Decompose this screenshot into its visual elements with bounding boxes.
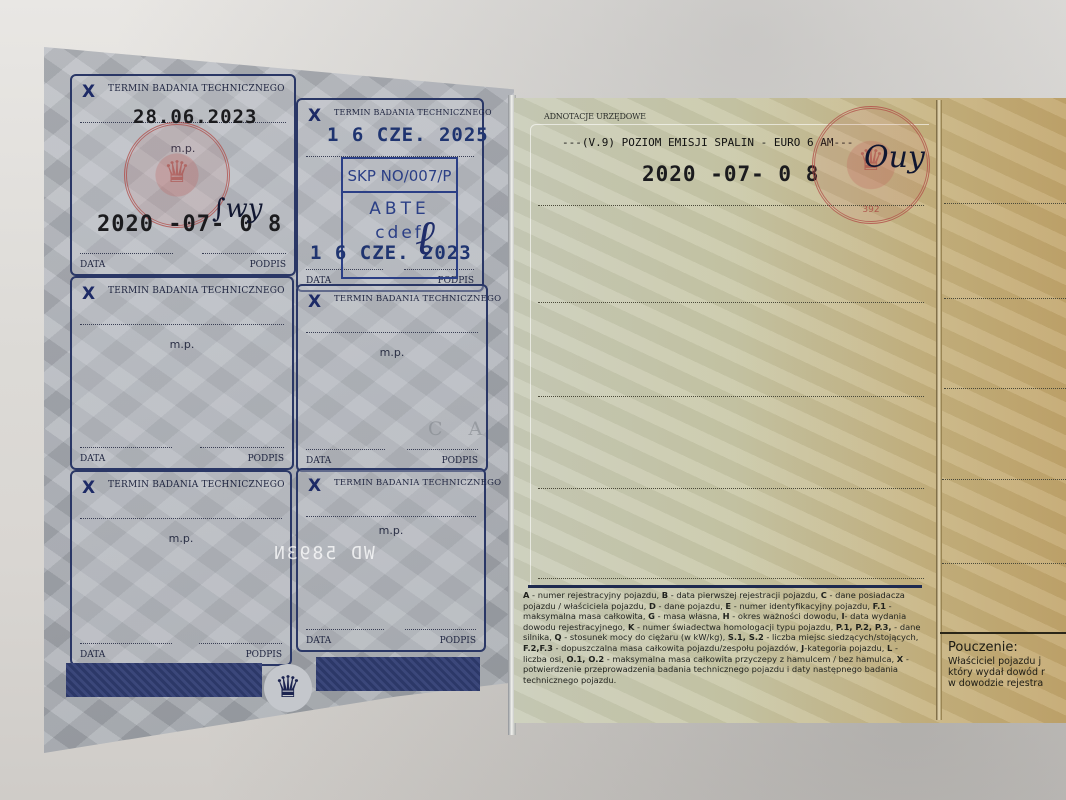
dotted-line (80, 518, 282, 519)
stamp-place-label: m.p. (72, 532, 290, 545)
seal-number: 392 (815, 205, 927, 215)
dotted-line (199, 643, 282, 644)
dotted-line (944, 298, 1066, 299)
signature-label: PODPIS (246, 650, 282, 660)
inspection-box-3: X TERMIN BADANIA TECHNICZNEGO m.p. DATA … (70, 276, 294, 470)
dotted-line (944, 388, 1066, 389)
stamp-place-label: m.p. (298, 346, 486, 359)
legend-key: S.1, S.2 (728, 632, 764, 642)
dotted-line (200, 447, 284, 448)
date-stamp: 2020 -07- 0 8 (642, 162, 819, 186)
legend-description: -kategoria pojazdu, (804, 643, 887, 653)
legend-description: - stosunek mocy do ciężaru (w kW/kg), (562, 632, 728, 642)
section-label: ADNOTACJE URZĘDOWE (544, 112, 646, 121)
legend-description: - dane pojazdu, (656, 601, 726, 611)
dotted-line (407, 449, 478, 450)
signature-label: PODPIS (442, 456, 478, 466)
signature: Ouy (864, 140, 925, 175)
legend-key: D (649, 601, 656, 611)
legend-key: F.2,F.3 (523, 643, 553, 653)
legend-key: Q (555, 632, 562, 642)
dotted-line (942, 479, 1066, 480)
emission-note: ---(V.9) POZIOM EMISJI SPALIN - EURO 6 A… (562, 136, 853, 149)
stamp-place-label: m.p. (72, 338, 292, 351)
x-marker-icon: X (308, 476, 321, 496)
dotted-line (306, 449, 385, 450)
field-legend: A - numer rejestracyjny pojazdu, B - dat… (523, 590, 923, 685)
dotted-line (306, 332, 478, 333)
dotted-line (538, 302, 924, 303)
date-label: DATA (80, 260, 105, 270)
signature: ℓ (415, 210, 435, 266)
legend-description: - masa własna, (655, 611, 723, 621)
legend-key: G (648, 611, 655, 621)
date-label: DATA (306, 636, 331, 646)
dotted-line (944, 203, 1066, 204)
dotted-line (538, 578, 924, 579)
signature: ∫wy (212, 194, 263, 224)
divider (528, 585, 922, 588)
divider (940, 632, 1066, 634)
legend-key: H (723, 611, 730, 621)
dotted-line (942, 563, 1066, 564)
signature-label: PODPIS (440, 636, 476, 646)
box-title: TERMIN BADANIA TECHNICZNEGO (108, 286, 285, 296)
legend-description: - dopuszczalna masa całkowita pojazdu/ze… (553, 643, 801, 653)
date-label: DATA (306, 456, 331, 466)
dotted-line (306, 629, 384, 630)
legend-description: - numer rejestracyjny pojazdu, (529, 590, 661, 600)
date-label: DATA (80, 454, 105, 464)
box-title: TERMIN BADANIA TECHNICZNEGO (108, 480, 285, 490)
next-inspection-date: 1 6 CZE. 2025 (327, 124, 489, 146)
legend-key: P.1, P.2, P.3, (836, 622, 892, 632)
box-title: TERMIN BADANIA TECHNICZNEGO (334, 108, 492, 117)
page-fold (936, 100, 942, 720)
box-title: TERMIN BADANIA TECHNICZNEGO (108, 84, 285, 94)
x-marker-icon: X (308, 292, 321, 312)
dotted-line (538, 205, 924, 206)
station-line-1: ABTE (343, 199, 456, 219)
dotted-line (405, 629, 476, 630)
legend-description: - maksymalna masa całkowita przyczepy z … (604, 654, 897, 664)
date-label: DATA (80, 650, 105, 660)
station-code: SKP NO/007/P (343, 161, 456, 193)
perforated-serial-number: WD 5893N (272, 543, 375, 564)
dotted-line (202, 253, 286, 254)
dotted-line (80, 447, 172, 448)
dotted-line (306, 516, 476, 517)
x-marker-icon: X (82, 478, 95, 498)
signature-label: PODPIS (250, 260, 286, 270)
x-marker-icon: X (308, 106, 321, 126)
decorative-banner-right (316, 657, 480, 691)
x-marker-icon: X (82, 284, 95, 304)
stamp-place-label: m.p. (298, 524, 484, 537)
inspection-box-4: X TERMIN BADANIA TECHNICZNEGO m.p. DATA … (296, 284, 488, 472)
date-stamp: 1 6 CZE. 2023 (310, 242, 472, 264)
dotted-line (80, 253, 173, 254)
legend-description: - numer identyfikacyjny pojazdu, (731, 601, 873, 611)
polish-eagle-emblem-icon: ♛ (264, 664, 312, 712)
x-marker-icon: X (82, 82, 95, 102)
eagle-icon: ♛ (127, 155, 227, 190)
dotted-line (538, 396, 924, 397)
next-inspection-date: 28.06.2023 (133, 106, 257, 128)
legend-description: - data pierwszej rejestracji pojazdu, (668, 590, 821, 600)
decorative-banner-left (66, 663, 262, 697)
instruction-text: Właściciel pojazdu j który wydał dowód r… (948, 656, 1045, 689)
dotted-line (80, 324, 284, 325)
signature-label: PODPIS (248, 454, 284, 464)
dotted-line (80, 643, 172, 644)
legend-description: - okres ważności dowodu, (730, 611, 842, 621)
station-line-2: cdef (343, 223, 456, 243)
legend-key: F.1 (873, 601, 886, 611)
legend-description: - liczba miejsc siedzących/stojących, (764, 632, 919, 642)
legend-key: O.1, O.2 (567, 654, 605, 664)
box-title: TERMIN BADANIA TECHNICZNEGO (334, 478, 501, 488)
inspection-box-5: X TERMIN BADANIA TECHNICZNEGO m.p. DATA … (70, 470, 292, 666)
dotted-line (538, 488, 924, 489)
instruction-title: Pouczenie: (948, 640, 1018, 655)
box-title: TERMIN BADANIA TECHNICZNEGO (334, 294, 501, 304)
legend-description: - numer świadectwa homologacji typu poja… (634, 622, 835, 632)
